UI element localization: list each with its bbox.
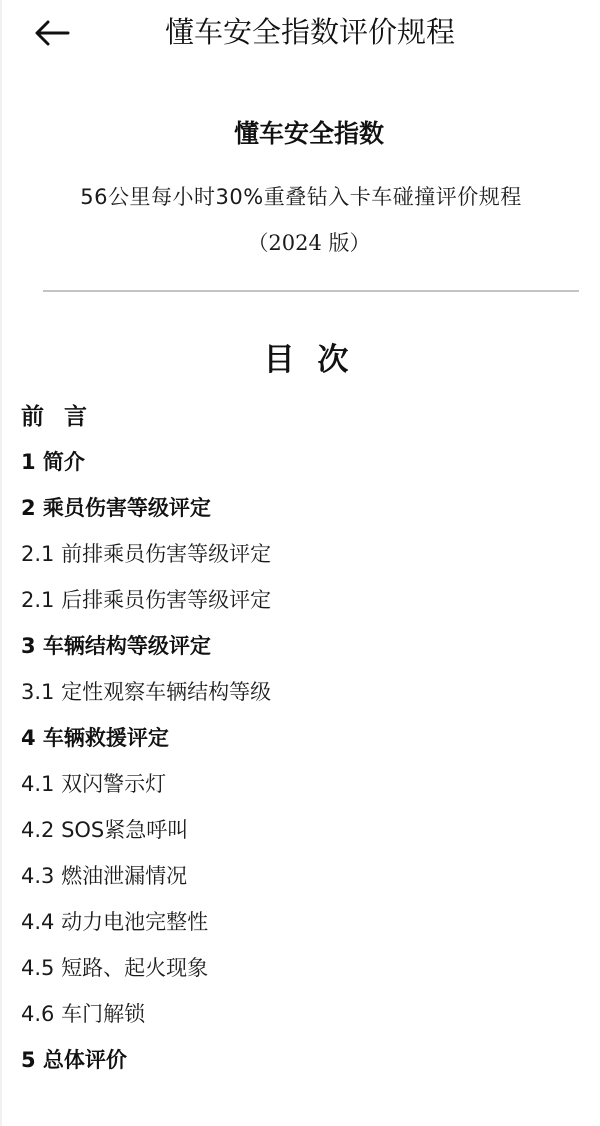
toc-item-4-1[interactable]: 4.1 双闪警示灯 [21, 760, 581, 806]
table-of-contents: 前 言 1 简介 2 乘员伤害等级评定 2.1 前排乘员伤害等级评定 2.1 后… [21, 390, 581, 1082]
document-subtitle: 56公里每小时30%重叠钻入卡车碰撞评价规程 [2, 182, 600, 212]
toc-item-5[interactable]: 5 总体评价 [21, 1036, 581, 1082]
document-heading: 懂车安全指数 [2, 118, 600, 150]
toc-item-4-2[interactable]: 4.2 SOS紧急呼叫 [21, 806, 581, 852]
toc-item-1[interactable]: 1 简介 [21, 438, 581, 484]
toc-item-3[interactable]: 3 车辆结构等级评定 [21, 622, 581, 668]
toc-item-preface[interactable]: 前 言 [21, 390, 581, 438]
toc-item-2-1-rear[interactable]: 2.1 后排乘员伤害等级评定 [21, 576, 581, 622]
toc-item-4-3[interactable]: 4.3 燃油泄漏情况 [21, 852, 581, 898]
document-version: （2024 版） [2, 228, 600, 258]
page-title: 懂车安全指数评价规程 [2, 14, 600, 50]
toc-item-4-6[interactable]: 4.6 车门解锁 [21, 990, 581, 1036]
toc-item-2[interactable]: 2 乘员伤害等级评定 [21, 484, 581, 530]
toc-item-4-4[interactable]: 4.4 动力电池完整性 [21, 898, 581, 944]
toc-item-2-1-front[interactable]: 2.1 前排乘员伤害等级评定 [21, 530, 581, 576]
toc-heading: 目 次 [2, 340, 600, 380]
toc-item-3-1[interactable]: 3.1 定性观察车辆结构等级 [21, 668, 581, 714]
divider [43, 290, 579, 292]
app-bar: 懂车安全指数评价规程 [2, 0, 600, 66]
toc-item-4-5[interactable]: 4.5 短路、起火现象 [21, 944, 581, 990]
toc-item-4[interactable]: 4 车辆救援评定 [21, 714, 581, 760]
